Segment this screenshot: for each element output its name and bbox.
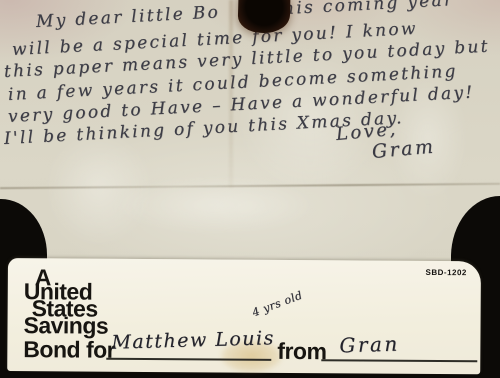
note-line-1-after: this coming year bbox=[273, 0, 454, 20]
bond-fill-in-row: Bond for Matthew Louis 4 yrs old from Gr… bbox=[23, 338, 479, 367]
sender-name: Gran bbox=[339, 332, 400, 358]
bond-card: SBD-1202 A United States Savings Bond fo… bbox=[7, 258, 481, 374]
note-line-1-before: My dear little Bo bbox=[35, 2, 220, 32]
vertical-fold-crease bbox=[229, 0, 233, 188]
card-title-savings: Savings bbox=[23, 314, 108, 338]
sender-underline bbox=[321, 359, 477, 362]
from-label: from bbox=[277, 340, 326, 363]
recipient-name: Matthew Louis bbox=[111, 327, 275, 354]
scanned-photo: My dear little Bo this coming year will … bbox=[0, 0, 500, 378]
recipient-age-note: 4 yrs old bbox=[250, 289, 304, 320]
form-number: SBD-1202 bbox=[426, 268, 467, 277]
card-title-bond-for: Bond for bbox=[23, 338, 115, 362]
recipient-underline bbox=[106, 358, 271, 361]
